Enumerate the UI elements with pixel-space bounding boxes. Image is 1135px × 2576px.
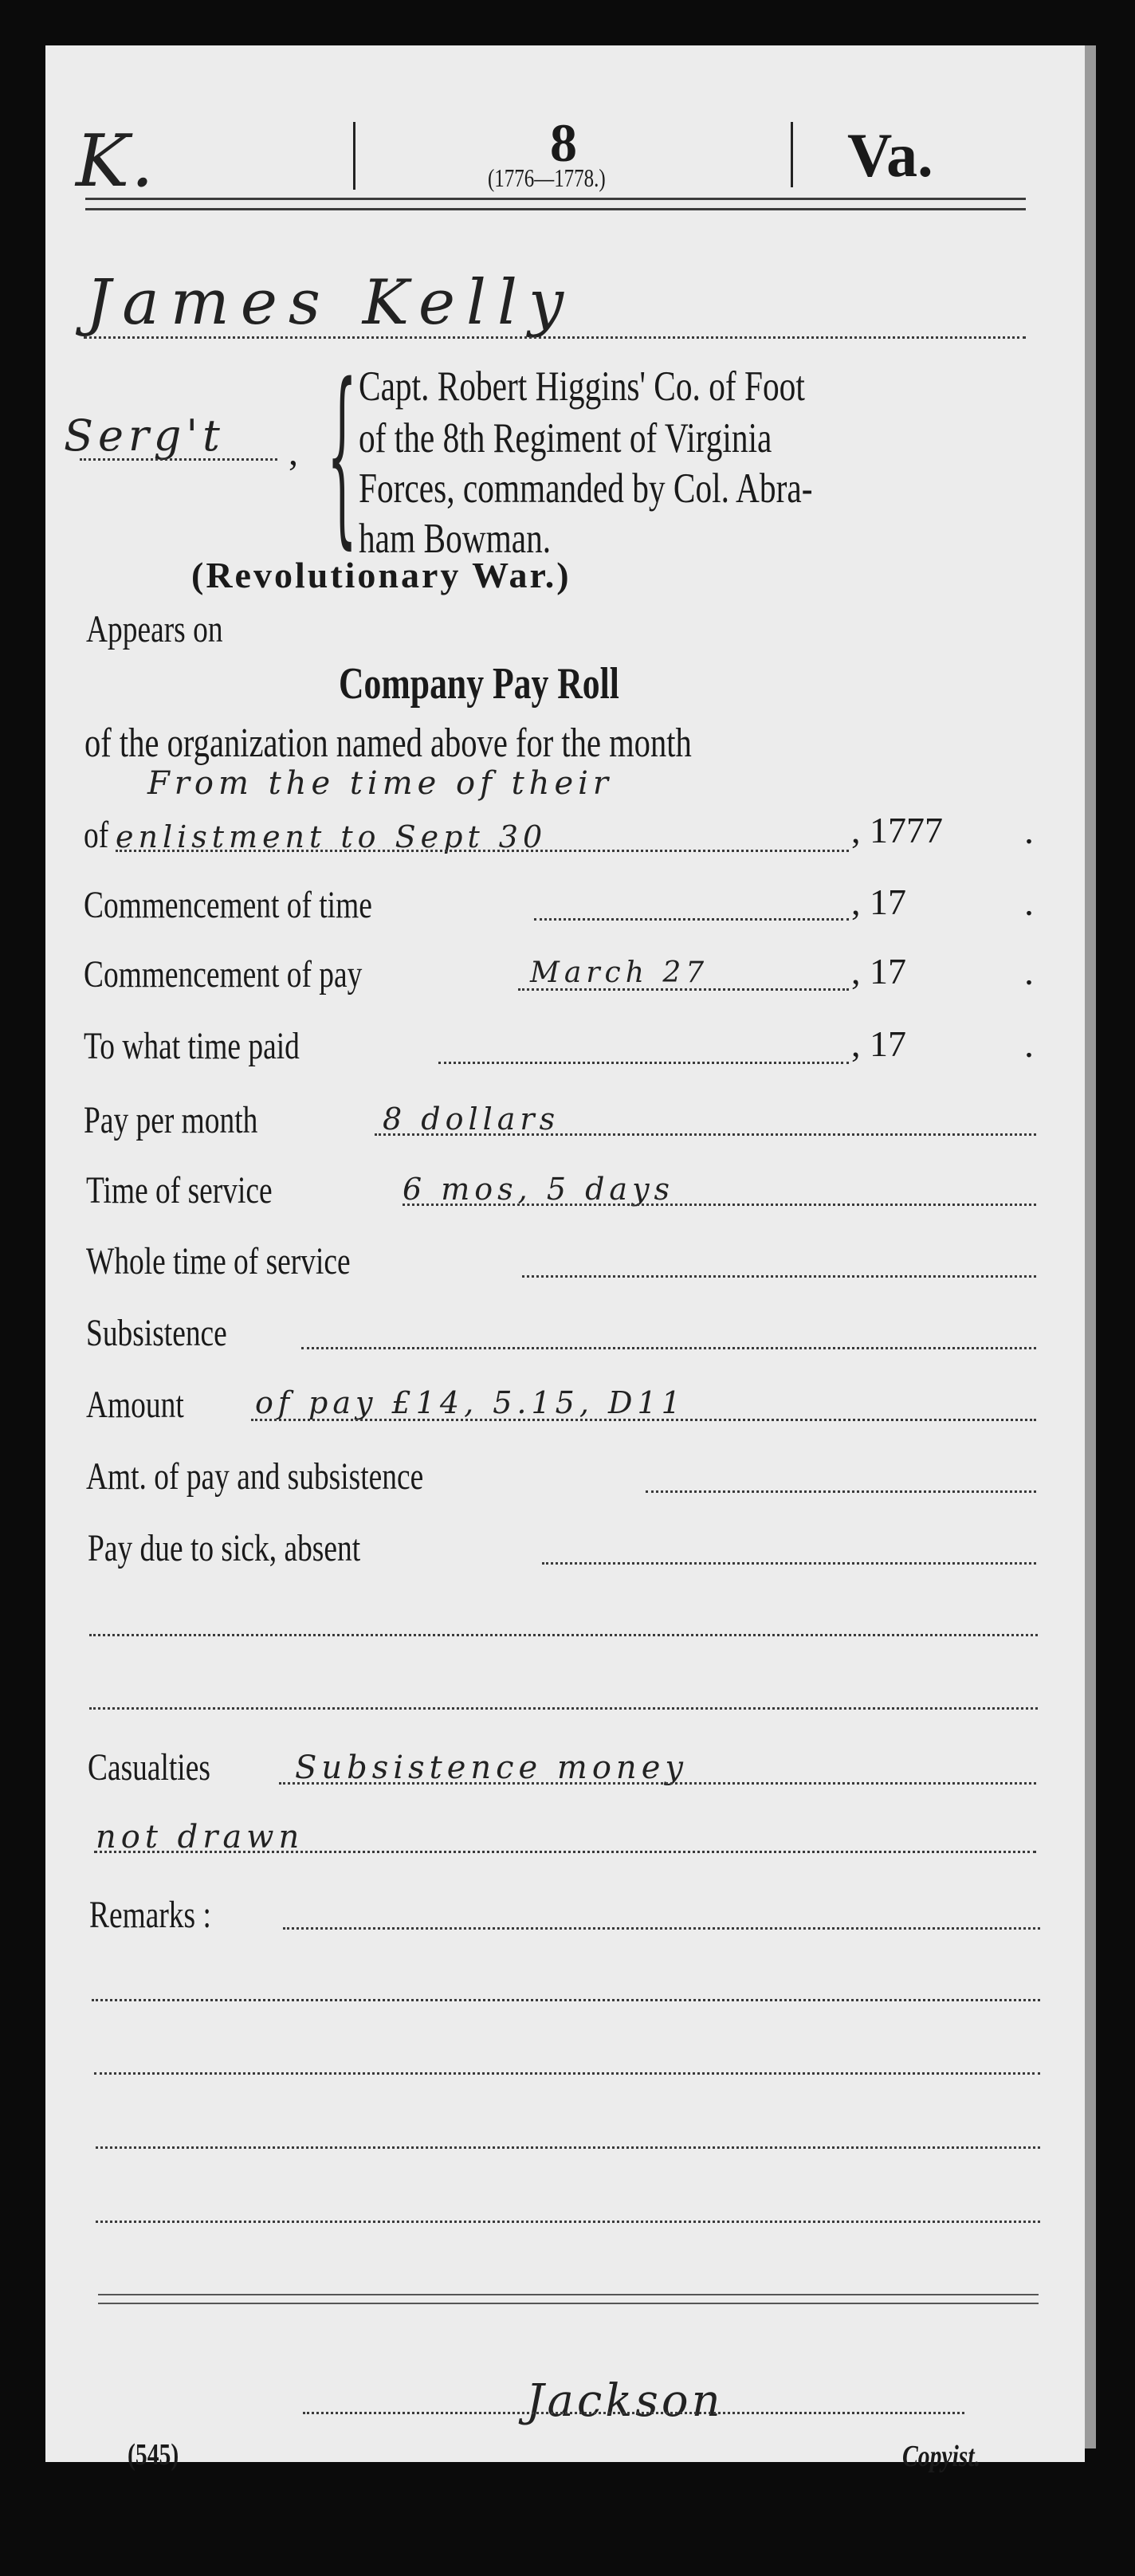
to-what-time-paid-period: . [1024, 1023, 1034, 1066]
form-number: (545) [128, 2437, 179, 2472]
state-abbrev: Va. [847, 120, 933, 191]
blank-line-1 [89, 1634, 1038, 1636]
amount-label: Amount [86, 1383, 184, 1427]
card-edge [1085, 45, 1096, 2448]
pay-per-month-value: 8 dollars [383, 1101, 560, 1137]
footer-rule-bottom [98, 2303, 1039, 2304]
commencement-of-time-period: . [1024, 881, 1034, 925]
commencement-of-time-label: Commencement of time [84, 883, 372, 927]
appears-on-label: Appears on [86, 607, 223, 651]
amt-pay-subsistence-label: Amt. of pay and subsistence [86, 1455, 423, 1498]
casualties-line-1 [279, 1782, 1036, 1785]
header-rule-bottom [85, 208, 1026, 210]
to-what-time-paid-line [438, 1062, 849, 1064]
organization-line-3: Forces, commanded by Col. Abra- [359, 465, 812, 512]
month-year: , 1777 [851, 809, 943, 851]
blank-line-2 [89, 1707, 1038, 1710]
amt-pay-subsistence-line [646, 1490, 1036, 1493]
time-of-service-line [403, 1204, 1036, 1206]
rank-line [80, 458, 277, 461]
subsistence-line [301, 1347, 1036, 1349]
pay-due-sick-absent-line [542, 1562, 1036, 1565]
month-line [116, 850, 849, 852]
pay-due-sick-absent-label: Pay due to sick, absent [88, 1526, 360, 1570]
time-of-service-value: 6 mos, 5 days [403, 1172, 674, 1207]
casualties-value-line-1: Subsistence money [295, 1749, 688, 1786]
commencement-of-pay-label: Commencement of pay [84, 952, 362, 996]
pay-per-month-label: Pay per month [84, 1098, 257, 1142]
month-value-line-1: From the time of their [147, 765, 613, 802]
name-line [84, 336, 1026, 339]
organization-line-1: Capt. Robert Higgins' Co. of Foot [359, 363, 805, 410]
roll-title: Company Pay Roll [339, 658, 619, 709]
to-what-time-paid-year: , 17 [851, 1023, 906, 1065]
header-divider-right [791, 122, 793, 187]
remarks-line-2 [92, 1999, 1040, 2001]
amount-line [251, 1419, 1036, 1421]
to-what-time-paid-label: To what time paid [84, 1024, 300, 1068]
pay-per-month-line [375, 1133, 1036, 1136]
copyist-label: Copyist. [902, 2439, 980, 2474]
header-rule-top [85, 198, 1026, 200]
time-of-service-label: Time of service [86, 1168, 273, 1212]
organization-line-2: of the 8th Regiment of Virginia [359, 414, 772, 462]
war-designation: (Revolutionary War.) [191, 554, 571, 596]
commencement-of-pay-line [518, 988, 849, 991]
commencement-of-pay-period: . [1024, 950, 1034, 994]
remarks-line-3 [94, 2072, 1040, 2075]
remarks-label: Remarks : [89, 1893, 211, 1937]
header-initial: K. [76, 120, 155, 203]
intro-line: of the organization named above for the … [84, 720, 692, 767]
commencement-of-pay-year: , 17 [851, 950, 906, 992]
footer-rule-top [98, 2294, 1039, 2295]
whole-time-of-service-line [522, 1275, 1036, 1278]
whole-time-of-service-label: Whole time of service [86, 1239, 351, 1283]
month-period: . [1024, 809, 1034, 853]
soldier-rank: Serg't [64, 410, 225, 461]
commencement-of-time-year: , 17 [851, 881, 906, 923]
header-years: (1776—1778.) [488, 163, 606, 193]
organization-brace: { [327, 359, 357, 550]
remarks-line-4 [96, 2146, 1040, 2149]
casualties-label: Casualties [88, 1745, 210, 1789]
soldier-name: James Kelly [86, 267, 575, 339]
casualties-line-2 [94, 1851, 1036, 1853]
remarks-line-1 [283, 1927, 1040, 1930]
remarks-line-5 [96, 2221, 1040, 2223]
subsistence-label: Subsistence [86, 1311, 227, 1355]
signature-line [303, 2412, 964, 2414]
month-prefix: of [84, 813, 108, 857]
rank-comma: , [289, 430, 298, 474]
header-divider-left [353, 122, 355, 190]
commencement-of-time-line [534, 918, 849, 921]
commencement-of-pay-value: March 27 [530, 956, 709, 989]
amount-value: of pay £14, 5.15, D11 [255, 1385, 685, 1420]
copyist-signature: Jackson [526, 2375, 724, 2427]
